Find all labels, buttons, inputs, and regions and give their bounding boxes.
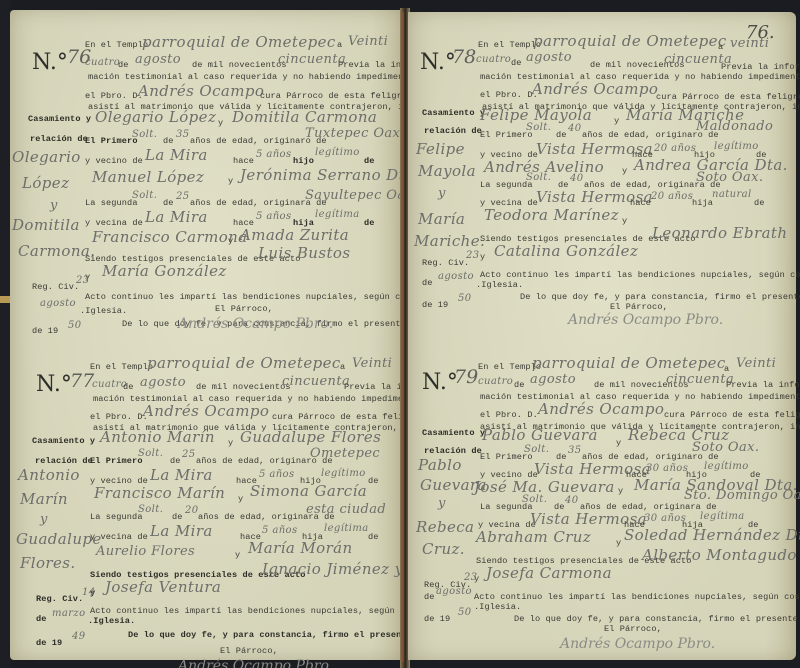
primero-label: El Primero (85, 136, 138, 146)
bride-years: 5 años (262, 525, 298, 536)
bride-status: Solt. (522, 494, 547, 505)
y-label-3: y (622, 216, 627, 226)
y-label-2: y (622, 166, 627, 176)
a-label: a (340, 362, 345, 372)
acto-line-1: Acto continuo les impartí las bendicione… (480, 270, 800, 280)
margin-name-5: Flores. (20, 554, 76, 572)
witness-2: Josefa Ventura (105, 578, 221, 596)
bride-name: Guadalupe Flores (240, 428, 381, 446)
groom-legit: legítimo (714, 141, 759, 152)
day-value-a: Veinti (348, 34, 388, 49)
day-value-b: cuatro (478, 376, 513, 387)
y-label-2: y (228, 176, 233, 186)
day-value-b: cuatro (85, 57, 120, 68)
margin-label-relacion: relación de (424, 126, 482, 136)
priest-signature-77: Andrés Ocampo Pbro. (178, 658, 333, 668)
bride-status: Solt. (526, 172, 551, 183)
left-page: En el Templo parroquial de Ometepec a Ve… (10, 10, 402, 660)
month-value: agosto (530, 372, 576, 387)
hace-label: hace (233, 156, 254, 166)
groom-status: Solt. (526, 122, 551, 133)
groom-origin: Maldonado (696, 119, 773, 134)
acto-line-2: .Iglesia. (476, 280, 523, 290)
bride-residence: La Mira (150, 522, 213, 540)
margin-name-3: y (438, 186, 446, 201)
bride-years: 30 años (644, 513, 686, 524)
groom-father: Manuel López (92, 168, 204, 186)
register-entry-78: En el Templo parroquial de Ometepec a ve… (408, 12, 796, 330)
hace-label-f: hace (630, 198, 651, 208)
page-edge (402, 12, 404, 662)
bride-age: 40 (565, 495, 579, 506)
groom-age: 35 (176, 129, 190, 140)
reg-civ-label: Reg. Civ. (422, 258, 469, 268)
month-value: agosto (135, 52, 181, 67)
margin-name-4: Guadalupe (16, 530, 102, 548)
cura-label: cura Párroco de esta feligresía (656, 92, 800, 102)
entry-number-label: N.° (32, 50, 68, 75)
bride-mother: María Morán (248, 539, 353, 557)
priest-label: el Pbro. D. (480, 90, 538, 100)
edad-de: de (556, 130, 567, 140)
cura-label: cura Párroco de esta feligresía (260, 91, 423, 101)
temple-label: En el Templo (85, 40, 148, 50)
register-entry-79: En el Templo parroquial de Ometepec a Ve… (408, 334, 796, 652)
groom-origin: Tuxtepec Oax. (305, 126, 405, 141)
year-word: cincuenta (278, 52, 346, 67)
bride-mother: Amada Zurita (240, 226, 349, 244)
de-label-2: de (368, 476, 379, 486)
margin-name-3: y (50, 198, 58, 213)
reg-year: 50 (458, 293, 472, 304)
bride-status: Solt. (138, 504, 163, 515)
y-label: y (614, 116, 619, 126)
day-value-a: veinti (730, 36, 769, 51)
groom-residence: La Mira (145, 146, 208, 164)
priest-name: Andrés Ocampo (143, 402, 269, 420)
y-label-3: y (235, 550, 240, 560)
previa-label: Previa la infor- (726, 380, 800, 390)
margin-label-casamiento: Casamiento y (32, 436, 95, 446)
bride-legit: legítima (324, 523, 369, 534)
margin-name-5: Mariche. (414, 232, 485, 250)
bride-father: Aurelio Flores (96, 544, 195, 559)
groom-status: Solt. (132, 129, 157, 140)
groom-age: 40 (568, 123, 582, 134)
temple-value: parroquial de Ometepec (142, 33, 336, 51)
groom-status: Solt. (524, 444, 549, 455)
priest-name: Andrés Ocampo (532, 80, 658, 98)
witness-1: Ignacio Jiménez y (262, 560, 404, 578)
priest-label: el Pbro. D. (90, 412, 148, 422)
margin-label-relacion: relación de (424, 446, 482, 456)
groom-age: 25 (182, 449, 196, 460)
margin-name-5: Carmona. (18, 242, 95, 260)
a-label: a (718, 42, 723, 52)
margin-label-casamiento: Casamiento y (422, 108, 485, 118)
bride-residence: La Mira (145, 208, 208, 226)
edad-de: de (163, 136, 174, 146)
reg-civ-number: 23 (466, 250, 480, 261)
reg-civ-month: agosto (438, 271, 474, 282)
witness-1: Leonardo Ebrath (652, 224, 787, 242)
de-label-3: de (368, 532, 379, 542)
groom-mother: Simona García (250, 482, 367, 500)
witness-1: Luis Bustos (258, 244, 350, 262)
right-page: 76. En el Templo parroquial de Ometepec … (408, 12, 796, 660)
margin-name-2: Marín (20, 490, 68, 508)
reg-civ-number: 23 (76, 275, 90, 286)
primero-label: El Primero (90, 456, 143, 466)
entry-number-label: N.° (36, 372, 72, 397)
margin-name-2: Mayola (418, 162, 476, 180)
y-label-3: y (228, 236, 233, 246)
year-label: de 19 (36, 638, 62, 648)
hijo-label: hijo (293, 156, 314, 166)
de-lo-line: De lo que doy fe, y para constancia, fir… (514, 614, 800, 624)
parroco-label-79: El Párroco, (604, 624, 662, 634)
groom-status: Solt. (138, 448, 163, 459)
temple-label: En el Templo (90, 362, 153, 372)
groom-name: Olegario López (95, 108, 216, 126)
de-lo-line: De lo que doy fe, y para constancia, fir… (520, 292, 800, 302)
margin-name-1: Felipe (416, 140, 465, 158)
temple-value: parroquial de Ometepec (147, 354, 341, 372)
bride-origin: Sto. Domingo Oax. (684, 488, 800, 503)
bride-age: 25 (176, 191, 190, 202)
margin-label-relacion: relación de (35, 456, 93, 466)
groom-origin: Soto Oax. (692, 440, 759, 455)
margin-label-relacion: relación de (30, 134, 88, 144)
groom-legit: legítimo (315, 147, 360, 158)
groom-father: Francisco Marín (94, 484, 225, 502)
priest-signature-76: Andrés Ocampo Pbro. (178, 316, 333, 332)
margin-name-5: Cruz. (422, 540, 465, 558)
margin-name-4: Domitila (12, 216, 80, 234)
de-label: de (118, 60, 129, 70)
parroco-label-77: El Párroco, (220, 646, 278, 656)
reg-civ-month: agosto (40, 298, 76, 309)
groom-origin: Ometepec (310, 446, 380, 461)
bride-status: Solt. (132, 190, 157, 201)
de-label-3: de (364, 218, 375, 228)
margin-name-2: López (22, 174, 69, 192)
priest-signature-79: Andrés Ocampo Pbro. (560, 636, 715, 652)
margin-name-4: María (418, 210, 465, 228)
priest-name: Andrés Ocampo (538, 400, 664, 418)
temple-value: parroquial de Ometepec (533, 32, 727, 50)
de-label-2: de (364, 156, 375, 166)
reg-year: 50 (68, 320, 82, 331)
bride-father: Francisco Carmona (92, 228, 248, 246)
reg-year: 49 (72, 631, 86, 642)
entry-number-label: N.° (422, 370, 458, 395)
temple-value: parroquial de Ometepec (532, 354, 726, 372)
de-label: de (514, 380, 525, 390)
segunda-label: La segunda (90, 512, 143, 522)
groom-legit: legítimo (321, 468, 366, 479)
vecino-label: y vecino de (85, 156, 143, 166)
margin-name-1: Olegario (12, 148, 81, 166)
de-label-3: de (754, 198, 765, 208)
edad-de-f: de (163, 198, 174, 208)
groom-legit: legítimo (704, 461, 749, 472)
register-entry-76: En el Templo parroquial de Ometepec a Ve… (10, 10, 402, 328)
year-label: de 19 (424, 614, 450, 624)
bride-legit: natural (712, 189, 752, 200)
margin-name-4: Rebeca (416, 518, 474, 536)
year-word: cincuenta (666, 372, 734, 387)
reg-civ-label: Reg. Civ. (36, 594, 83, 604)
margin-label-casamiento: Casamiento y (28, 114, 91, 124)
register-entry-77: En el Templo parroquial de Ometepec a Ve… (10, 332, 402, 650)
bride-mother: Soledad Hernández Dta. (624, 526, 800, 544)
margin-name-1: Antonio (18, 466, 80, 484)
a-label: a (337, 40, 342, 50)
edad-de: de (170, 456, 181, 466)
acto-line-1: Acto continuo les impartí las bendicione… (474, 592, 800, 602)
bride-name: Domitila Carmona (232, 108, 377, 126)
month-value: agosto (140, 375, 186, 390)
acto-line-2: .Iglesia. (80, 306, 127, 316)
entry-number: 77 (70, 370, 94, 392)
segunda-label: La segunda (85, 198, 138, 208)
book-binding (0, 0, 10, 668)
hija-label: hija (692, 198, 713, 208)
groom-name: Antonio Marín (100, 428, 215, 446)
bride-age: 40 (570, 173, 584, 184)
priest-signature-78: Andrés Ocampo Pbro. (568, 312, 723, 328)
y-label-3: y (616, 538, 621, 548)
y-label: y (616, 438, 621, 448)
reg-civ-month: agosto (436, 586, 472, 597)
segunda-label: La segunda (480, 180, 533, 190)
priest-name: Andrés Ocampo (138, 82, 264, 100)
mil-label: de mil novecientos (192, 60, 287, 70)
primero-label: El Primero (480, 130, 533, 140)
witness-2: Catalina González (494, 242, 638, 260)
acto-line-2: .Iglesia. (88, 616, 135, 626)
y-label-2: y (618, 486, 623, 496)
de-label: de (511, 58, 522, 68)
bride-years: 5 años (256, 211, 292, 222)
reg-civ-label: Reg. Civ. (32, 282, 79, 292)
entry-number: 78 (452, 46, 476, 68)
priest-label: el Pbro. D. (85, 91, 143, 101)
de-label-4: de (36, 614, 47, 624)
day-value-a: Veinti (736, 356, 776, 371)
groom-years: 5 años (259, 469, 295, 480)
bride-origin: esta ciudad (306, 502, 386, 517)
groom-name: Pablo Guevara (482, 426, 598, 444)
bride-origin: Soto Oax. (696, 170, 763, 185)
witness-1: Alberto Montagudo (642, 546, 797, 564)
day-value-a: Veinti (352, 356, 392, 371)
bride-legit: legítima (700, 511, 745, 522)
year-word: cincuenta (282, 374, 350, 389)
groom-years: 5 años (256, 149, 292, 160)
cura-label: cura Párroco de esta feligresía (664, 410, 800, 420)
year-label: de 19 (422, 300, 448, 310)
margin-label-casamiento: Casamiento y (422, 428, 485, 438)
reg-civ-number: 14 (82, 587, 96, 598)
de-label-4: de (422, 278, 433, 288)
reg-civ-month: marzo (52, 608, 86, 619)
bride-father: Teodora Marínez (484, 206, 619, 224)
y-label: y (228, 438, 233, 448)
witness-2: Josefa Carmona (486, 564, 612, 582)
month-value: agosto (526, 50, 572, 65)
groom-age: 35 (568, 445, 582, 456)
entry-number-label: N.° (420, 50, 456, 75)
edad-de-f: de (172, 512, 183, 522)
margin-name-3: y (40, 512, 48, 527)
vecina-label: y vecina de (85, 218, 143, 228)
groom-residence: La Mira (150, 466, 213, 484)
bride-father: Abraham Cruz (476, 528, 591, 546)
mil-label: de mil novecientos (196, 382, 291, 392)
witness-2: María González (102, 262, 227, 280)
y-label-2: y (238, 494, 243, 504)
bride-legit: legítima (315, 209, 360, 220)
margin-name-1: Pablo (418, 456, 462, 474)
de-label: de (123, 382, 134, 392)
bride-age: 20 (185, 505, 199, 516)
parroco-label-76: El Párroco, (215, 304, 273, 314)
groom-years: 20 años (654, 143, 696, 154)
parroco-label-78: El Párroco, (610, 302, 668, 312)
margin-name-3: y (438, 496, 446, 511)
previa-label: Previa la infor- (721, 62, 800, 72)
reg-year: 50 (458, 607, 472, 618)
y-label-4: y (480, 252, 485, 262)
y-label: y (218, 118, 223, 128)
groom-years: 30 años (646, 463, 688, 474)
reg-civ-number: 23 (464, 572, 478, 583)
day-value-b: cuatro (476, 54, 511, 65)
entry-number: 79 (454, 366, 478, 388)
vecina-label: y vecina de (90, 532, 148, 542)
bride-years: 20 años (651, 191, 693, 202)
priest-label: el Pbro. D. (480, 410, 538, 420)
acto-line-2: .Iglesia. (474, 602, 521, 612)
temple-label: En el Templo (478, 40, 541, 50)
day-value-b: cuatro (92, 379, 127, 390)
groom-mother: Jerónima Serrano Dta. (240, 166, 420, 184)
de-label-4: de (424, 592, 435, 602)
